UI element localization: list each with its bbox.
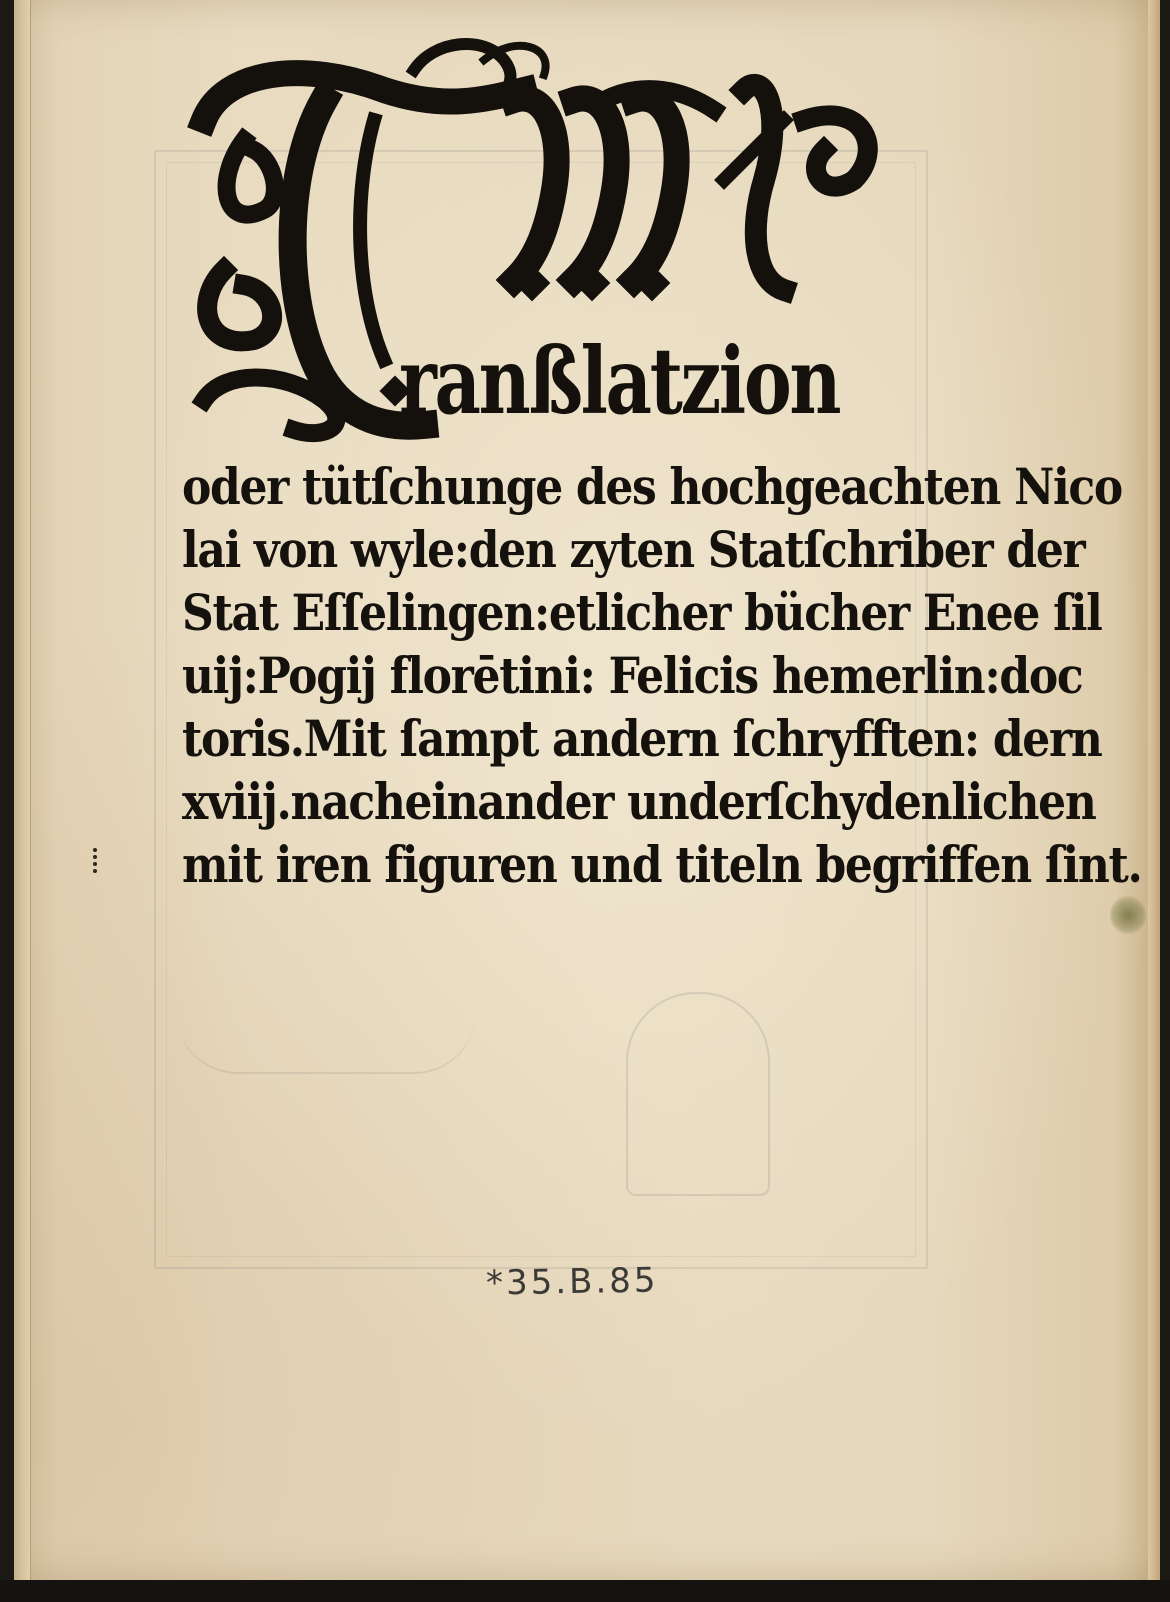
title-translatzion: ranßlatzion [399, 335, 839, 427]
woodcut-drape-shape [176, 1012, 476, 1074]
binding-edge [14, 0, 31, 1580]
text-line: mit iren figuren und titeln begriffen ſi… [182, 833, 886, 896]
ink-dot [93, 869, 97, 873]
text-line: toris.Mit ſampt andern ſchryfften: dern [182, 707, 886, 770]
text-line: oder tütſchunge des hochgeachten Nico [182, 455, 886, 518]
scan-bottom-edge [0, 1580, 1170, 1602]
text-line: xviij.nacheinander underſchydenlichen [182, 770, 886, 833]
handwritten-shelfmark: *35.B.85 [486, 1260, 659, 1303]
margin-ink-marks [88, 845, 102, 885]
woodcut-arch-shape [626, 992, 770, 1196]
scanned-page-view: ranßlatzion oder tütſchunge des hochgeac… [0, 0, 1170, 1602]
title-text-block: oder tütſchunge des hochgeachten Nico la… [182, 455, 982, 896]
text-line: uij:Pogij florētini: Felicis hemerlin:do… [182, 644, 886, 707]
paper-page: ranßlatzion oder tütſchunge des hochgeac… [14, 0, 1160, 1580]
page-outer-edge [1148, 0, 1160, 1580]
ink-dot [93, 848, 97, 852]
paper-stain [1110, 895, 1146, 935]
ink-dot [93, 855, 97, 859]
text-line: lai von wyle:den zyten Statſchriber der [182, 518, 886, 581]
ink-dot [93, 862, 97, 866]
text-line: Stat Eſſelingen:etlicher bücher Enee ſil [182, 581, 886, 644]
